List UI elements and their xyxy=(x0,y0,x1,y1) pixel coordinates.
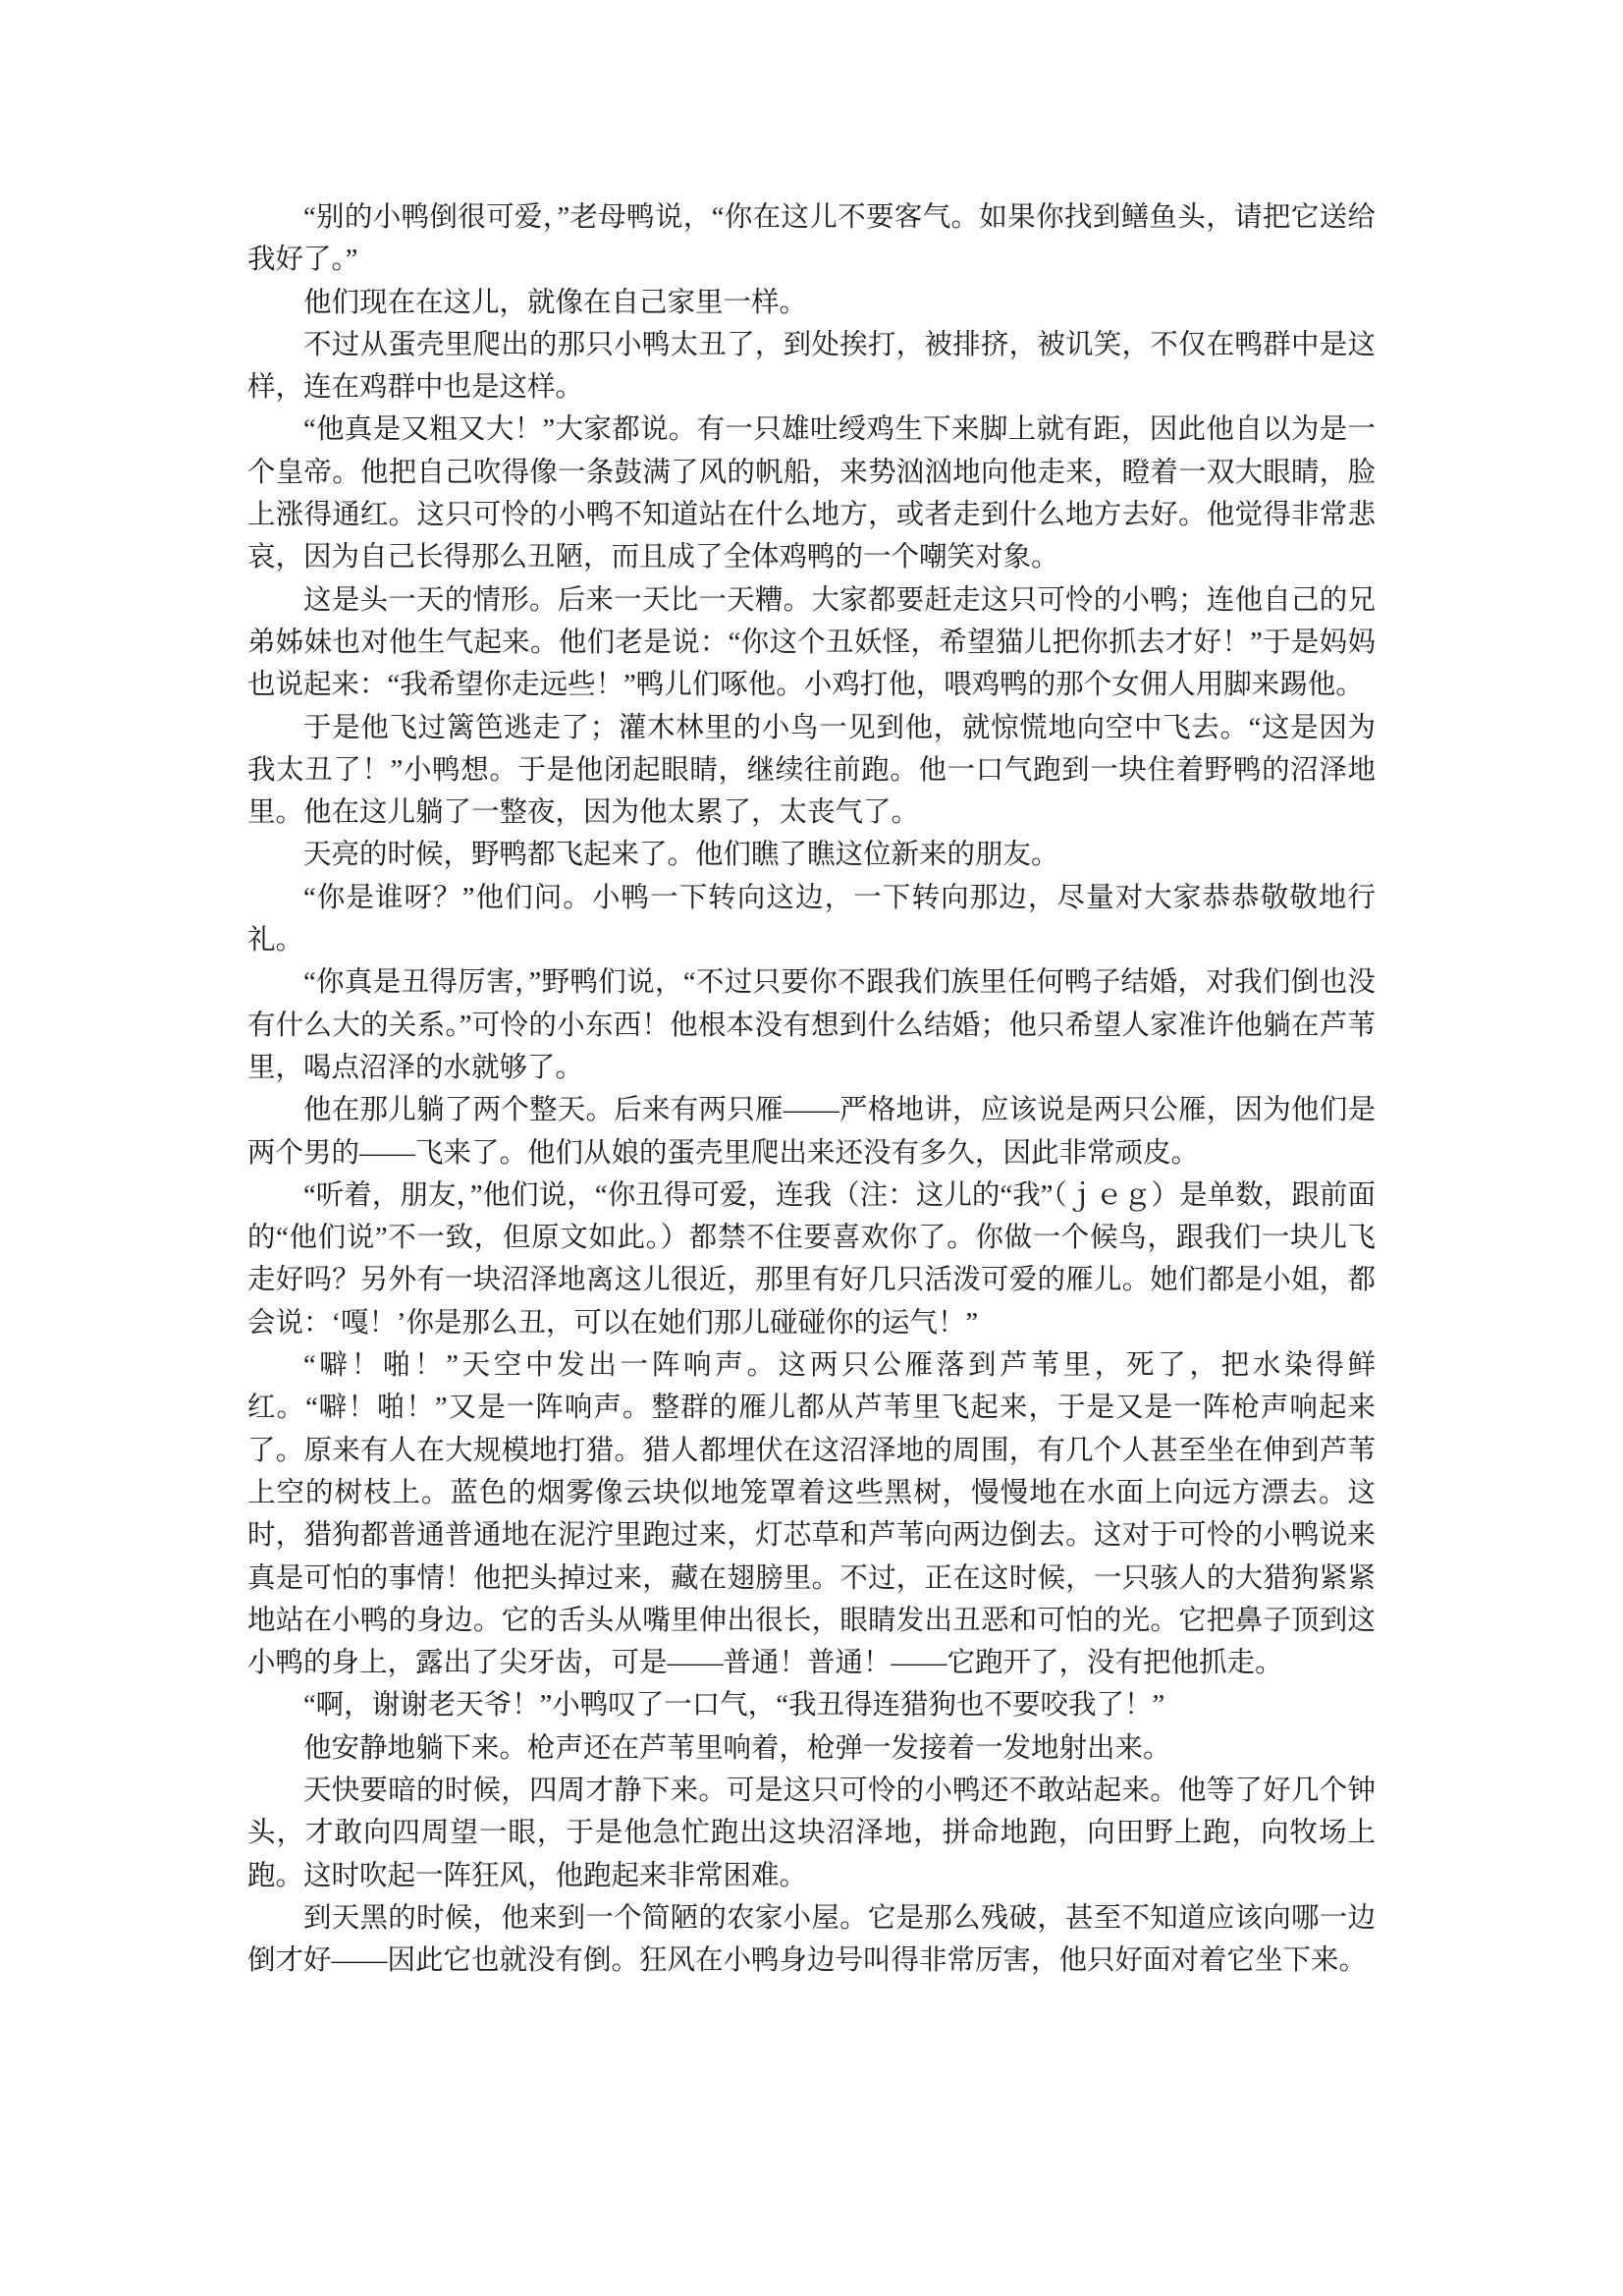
story-paragraph: “你是谁呀？”他们问。小鸭一下转向这边，一下转向那边，尽量对大家恭恭敬敬地行礼。 xyxy=(247,877,1376,962)
story-paragraph: 他们现在在这儿，就像在自己家里一样。 xyxy=(247,282,1376,324)
story-paragraph: 到天黑的时候，他来到一个简陋的农家小屋。它是那么残破，甚至不知道应该向哪一边倒才… xyxy=(247,1897,1376,1983)
story-paragraph: 不过从蛋壳里爬出的那只小鸭太丑了，到处挨打，被排挤，被讥笑，不仅在鸭群中是这样，… xyxy=(247,324,1376,410)
story-paragraph: “他真是又粗又大！”大家都说。有一只雄吐绶鸡生下来脚上就有距，因此他自以为是一个… xyxy=(247,409,1376,578)
story-paragraph: 天亮的时候，野鸭都飞起来了。他们瞧了瞧这位新来的朋友。 xyxy=(247,834,1376,876)
story-paragraph: “你真是丑得厉害，”野鸭们说，“不过只要你不跟我们族里任何鸭子结婚，对我们倒也没… xyxy=(247,961,1376,1089)
story-paragraph: “噼！啪！”天空中发出一阵响声。这两只公雁落到芦苇里，死了，把水染得鲜红。“噼！… xyxy=(247,1344,1376,1684)
story-paragraph: 于是他飞过篱笆逃走了；灌木林里的小鸟一见到他，就惊慌地向空中飞去。“这是因为我太… xyxy=(247,707,1376,835)
document-page: “别的小鸭倒很可爱，”老母鸭说，“你在这儿不要客气。如果你找到鳝鱼头，请把它送给… xyxy=(0,0,1623,2296)
story-paragraph: 他在那儿躺了两个整天。后来有两只雁——严格地讲，应该说是两只公雁，因为他们是两个… xyxy=(247,1089,1376,1175)
story-paragraph: “别的小鸭倒很可爱，”老母鸭说，“你在这儿不要客气。如果你找到鳝鱼头，请把它送给… xyxy=(247,196,1376,282)
story-paragraph: “啊，谢谢老天爷！”小鸭叹了一口气，“我丑得连猎狗也不要咬我了！” xyxy=(247,1684,1376,1726)
story-paragraph: “听着，朋友，”他们说，“你丑得可爱，连我（注：这儿的“我”（ｊｅｇ）是单数，跟… xyxy=(247,1175,1376,1344)
story-paragraph: 这是头一天的情形。后来一天比一天糟。大家都要赶走这只可怜的小鸭；连他自己的兄弟姊… xyxy=(247,579,1376,707)
story-text-block: “别的小鸭倒很可爱，”老母鸭说，“你在这儿不要客气。如果你找到鳝鱼头，请把它送给… xyxy=(247,196,1376,1982)
story-paragraph: 天快要暗的时候，四周才静下来。可是这只可怜的小鸭还不敢站起来。他等了好几个钟头，… xyxy=(247,1770,1376,1897)
story-paragraph: 他安静地躺下来。枪声还在芦苇里响着，枪弹一发接着一发地射出来。 xyxy=(247,1727,1376,1770)
